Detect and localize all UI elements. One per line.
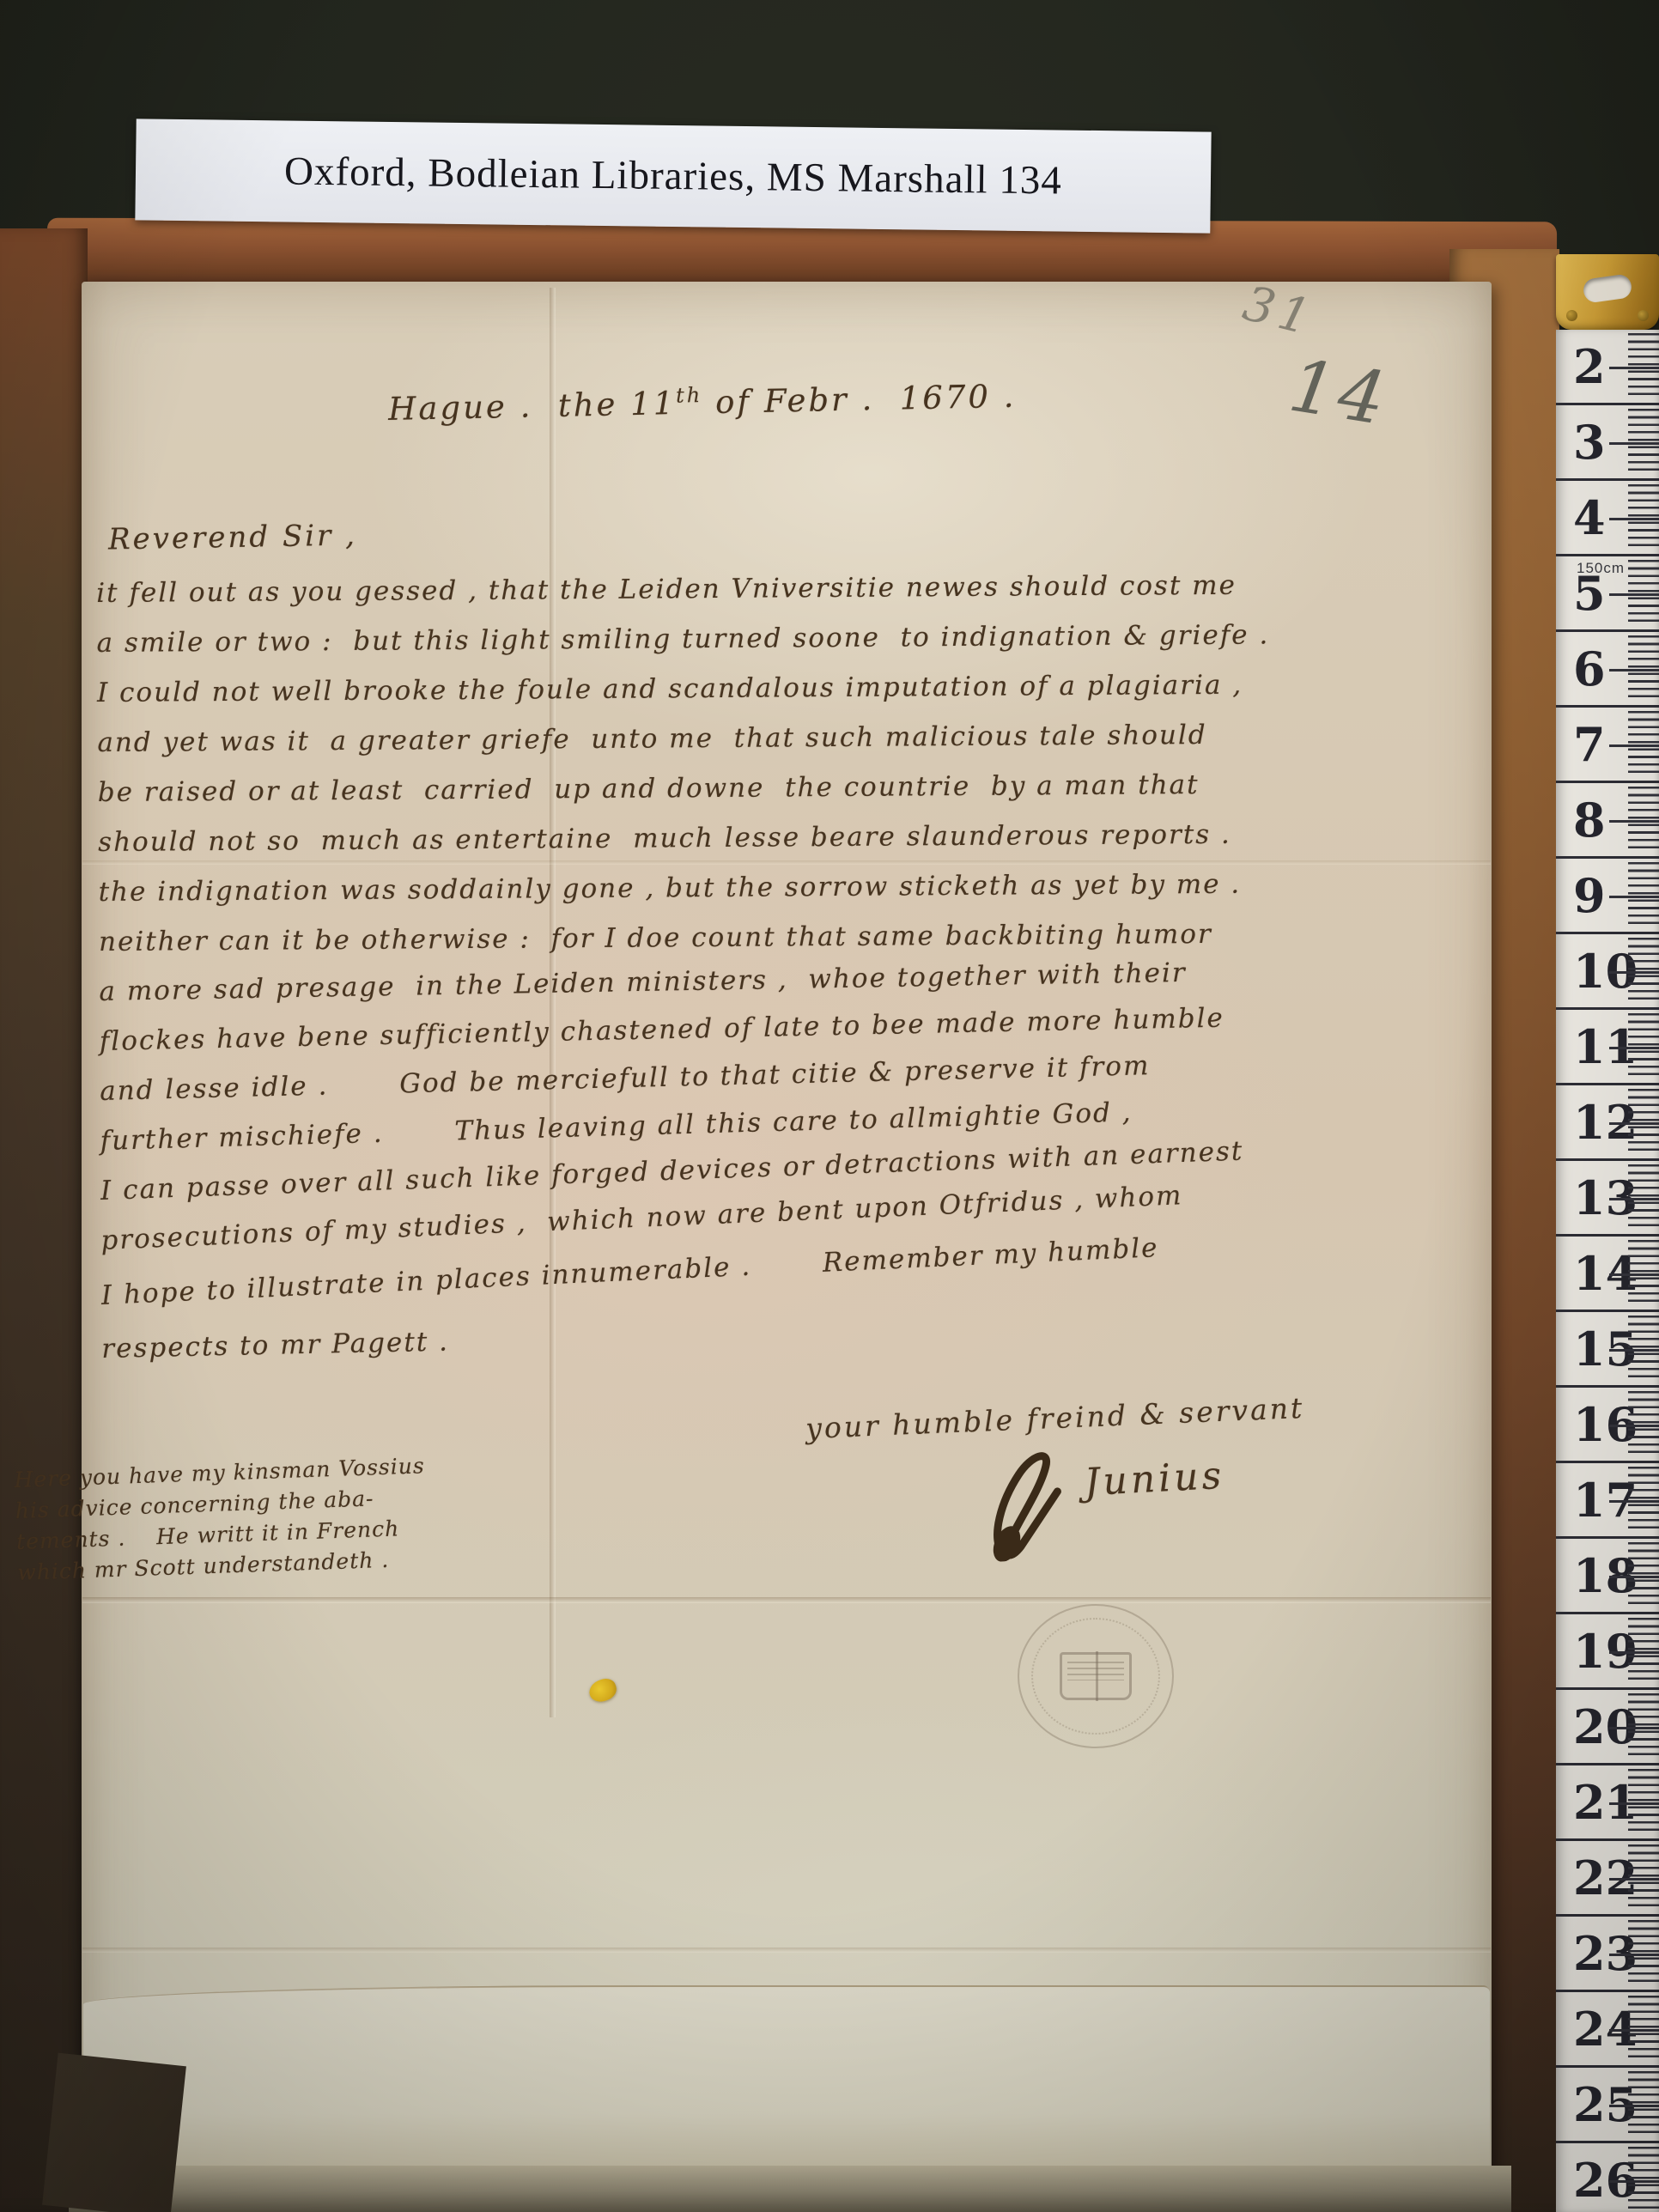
archive-label: Oxford, Bodleian Libraries, MS Marshall … <box>135 118 1211 233</box>
tape-number: 21 <box>1573 1775 1638 1830</box>
tape-segment: 11 <box>1556 1010 1659 1085</box>
tape-number: 10 <box>1573 944 1638 999</box>
fold-crease-horizontal-3 <box>82 1948 1491 1953</box>
tape-segment: 12 <box>1556 1085 1659 1161</box>
tape-number: 4 <box>1573 490 1606 545</box>
dateline-text: Hague . the 11 <box>388 385 677 428</box>
tape-segment: 24 <box>1556 1992 1659 2068</box>
tape-number: 7 <box>1573 717 1606 772</box>
tape-segment: 18 <box>1556 1539 1659 1614</box>
book-left-spine <box>0 228 88 2212</box>
tape-number: 14 <box>1573 1246 1638 1301</box>
stamp-open-book-icon <box>1060 1652 1132 1700</box>
archive-label-text: Oxford, Bodleian Libraries, MS Marshall … <box>284 148 1062 204</box>
tape-segment: 9 <box>1556 859 1659 934</box>
body-line: a smile or two : but this light smiling … <box>96 609 1461 668</box>
tape-clip <box>1556 254 1659 330</box>
dateline-ordinal: th <box>676 383 703 408</box>
tape-number: 24 <box>1573 2002 1638 2057</box>
tape-segment: 19 <box>1556 1614 1659 1690</box>
fold-crease-horizontal-2 <box>82 1597 1491 1603</box>
tape-number: 15 <box>1573 1322 1638 1376</box>
folio-number: 14 <box>1284 343 1395 442</box>
tape-body: 2 3 4 5 6 7 <box>1556 330 1659 2212</box>
tape-number: 25 <box>1573 2077 1638 2132</box>
tape-number: 8 <box>1573 793 1606 848</box>
under-page-edge <box>83 1985 1490 2167</box>
bottom-left-shadow-gap <box>42 2053 186 2212</box>
tape-segment: 16 <box>1556 1388 1659 1463</box>
tape-number: 20 <box>1573 1699 1638 1754</box>
tape-rivet <box>1638 310 1649 321</box>
postscript-note: Here you have my kinsman Vossius his adv… <box>14 1450 447 1589</box>
tape-number: 6 <box>1573 641 1606 696</box>
tape-number: 9 <box>1573 868 1606 923</box>
tape-clip-hole <box>1582 273 1632 304</box>
tape-number: 26 <box>1573 2153 1638 2208</box>
tape-number: 12 <box>1573 1095 1638 1150</box>
tape-segment: 15 <box>1556 1312 1659 1388</box>
tape-segment: 13 <box>1556 1161 1659 1237</box>
tape-number: 17 <box>1573 1473 1638 1528</box>
tape-rivet <box>1566 310 1577 321</box>
tape-number: 13 <box>1573 1170 1638 1225</box>
tape-segment: 17 <box>1556 1463 1659 1539</box>
page-stack-edge <box>69 2166 1511 2212</box>
measuring-tape: 150cm 2 3 4 5 6 <box>1556 254 1659 2212</box>
tape-number: 23 <box>1573 1926 1638 1981</box>
tape-number: 18 <box>1573 1548 1638 1603</box>
manuscript-photo: Oxford, Bodleian Libraries, MS Marshall … <box>0 0 1659 2212</box>
tape-number: 3 <box>1573 415 1606 470</box>
tape-number: 19 <box>1573 1624 1638 1679</box>
tape-segment: 14 <box>1556 1237 1659 1312</box>
signature-name: Junius <box>1084 1454 1226 1504</box>
tape-number: 11 <box>1573 1019 1638 1074</box>
tape-segment: 25 <box>1556 2068 1659 2143</box>
tape-segment: 23 <box>1556 1917 1659 1992</box>
tape-segment: 6 <box>1556 632 1659 708</box>
tape-number: 22 <box>1573 1850 1638 1905</box>
bodleian-blind-stamp-icon <box>1018 1604 1174 1748</box>
tape-segment: 7 <box>1556 708 1659 783</box>
tape-segment: 20 <box>1556 1690 1659 1765</box>
dateline-text-2: of Febr . 1670 . <box>702 378 1017 422</box>
tape-segment: 22 <box>1556 1841 1659 1917</box>
tape-segment: 2 <box>1556 330 1659 405</box>
tape-segment: 10 <box>1556 934 1659 1010</box>
letter-salutation: Reverend Sir , <box>108 518 358 556</box>
tape-segment: 26 <box>1556 2143 1659 2212</box>
tape-segment: 8 <box>1556 783 1659 859</box>
tape-number: 16 <box>1573 1397 1638 1452</box>
signature-monogram-icon <box>983 1446 1084 1563</box>
signature: Junius <box>983 1438 1229 1562</box>
tape-segment: 21 <box>1556 1765 1659 1841</box>
letter-body: it fell out as you gessed , that the Lei… <box>96 559 1468 1374</box>
tape-unit-label: 150cm <box>1568 560 1633 577</box>
tape-number: 2 <box>1573 339 1606 394</box>
tape-segment: 4 <box>1556 481 1659 556</box>
tape-segment: 3 <box>1556 405 1659 481</box>
